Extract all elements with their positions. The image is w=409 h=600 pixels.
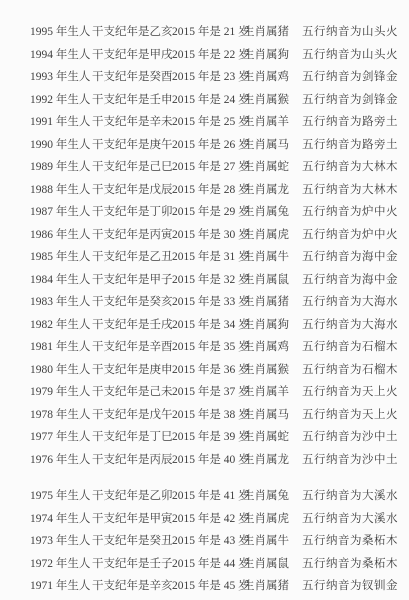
table-row: 1985 年生人 干支纪年是乙丑 2015 年是 31 岁 生肖属牛 五行纳音为…: [0, 245, 409, 268]
zodiac-cell: 生肖属羊: [243, 113, 302, 129]
table-row: 1971 年生人 干支纪年是辛亥 2015 年是 45 岁 生肖属猪 五行纳音为…: [0, 574, 409, 597]
zodiac-cell: 生肖属狗: [243, 46, 302, 62]
table-row: 1991 年生人 干支纪年是辛未 2015 年是 25 岁 生肖属羊 五行纳音为…: [0, 110, 409, 133]
age-2015-cell: 2015 年是 37 岁: [172, 383, 243, 399]
age-2015-cell: 2015 年是 32 岁: [172, 271, 243, 287]
birth-year-cell: 1992 年生人: [30, 91, 92, 107]
nayin-cell: 五行纳音为天上火: [302, 406, 409, 422]
birth-year-cell: 1993 年生人: [30, 68, 92, 84]
ganzhi-year-cell: 干支纪年是壬申: [92, 91, 172, 107]
age-2015-cell: 2015 年是 33 岁: [172, 293, 243, 309]
birth-year-cell: 1980 年生人: [30, 361, 92, 377]
table-row: 1988 年生人 干支纪年是戊辰 2015 年是 28 岁 生肖属龙 五行纳音为…: [0, 178, 409, 201]
zodiac-cell: 生肖属马: [243, 136, 302, 152]
nayin-cell: 五行纳音为天上火: [302, 383, 409, 399]
age-2015-cell: 2015 年是 41 岁: [172, 487, 243, 503]
table-row: 1983 年生人 干支纪年是癸亥 2015 年是 33 岁 生肖属猪 五行纳音为…: [0, 290, 409, 313]
group-gap: [0, 470, 409, 484]
zodiac-cell: 生肖属猪: [243, 23, 302, 39]
nayin-cell: 五行纳音为山头火: [302, 46, 409, 62]
nayin-cell: 五行纳音为路旁土: [302, 113, 409, 129]
ganzhi-year-cell: 干支纪年是甲子: [92, 271, 172, 287]
nayin-cell: 五行纳音为大林木: [302, 181, 409, 197]
table-row: 1994 年生人 干支纪年是甲戌 2015 年是 22 岁 生肖属狗 五行纳音为…: [0, 43, 409, 66]
year-table: 1995 年生人 干支纪年是乙亥 2015 年是 21 岁 生肖属猪 五行纳音为…: [0, 20, 409, 597]
ganzhi-year-cell: 干支纪年是庚申: [92, 361, 172, 377]
nayin-cell: 五行纳音为钗钏金: [302, 577, 409, 593]
zodiac-cell: 生肖属鼠: [243, 271, 302, 287]
age-2015-cell: 2015 年是 30 岁: [172, 226, 243, 242]
birth-year-cell: 1982 年生人: [30, 316, 92, 332]
birth-year-cell: 1979 年生人: [30, 383, 92, 399]
ganzhi-year-cell: 干支纪年是己巳: [92, 158, 172, 174]
birth-year-cell: 1971 年生人: [30, 577, 92, 593]
table-row: 1979 年生人 干支纪年是己未 2015 年是 37 岁 生肖属羊 五行纳音为…: [0, 380, 409, 403]
zodiac-age-table-page: 1995 年生人 干支纪年是乙亥 2015 年是 21 岁 生肖属猪 五行纳音为…: [0, 0, 409, 600]
ganzhi-year-cell: 干支纪年是庚午: [92, 136, 172, 152]
age-2015-cell: 2015 年是 22 岁: [172, 46, 243, 62]
birth-year-cell: 1995 年生人: [30, 23, 92, 39]
zodiac-cell: 生肖属兔: [243, 487, 302, 503]
ganzhi-year-cell: 干支纪年是甲戌: [92, 46, 172, 62]
ganzhi-year-cell: 干支纪年是丁巳: [92, 428, 172, 444]
table-row: 1981 年生人 干支纪年是辛酉 2015 年是 35 岁 生肖属鸡 五行纳音为…: [0, 335, 409, 358]
age-2015-cell: 2015 年是 28 岁: [172, 181, 243, 197]
zodiac-cell: 生肖属鸡: [243, 68, 302, 84]
nayin-cell: 五行纳音为剑锋金: [302, 91, 409, 107]
birth-year-cell: 1973 年生人: [30, 532, 92, 548]
table-row: 1980 年生人 干支纪年是庚申 2015 年是 36 岁 生肖属猴 五行纳音为…: [0, 358, 409, 381]
nayin-cell: 五行纳音为大溪水: [302, 510, 409, 526]
zodiac-cell: 生肖属龙: [243, 181, 302, 197]
birth-year-cell: 1994 年生人: [30, 46, 92, 62]
birth-year-cell: 1975 年生人: [30, 487, 92, 503]
ganzhi-year-cell: 干支纪年是辛未: [92, 113, 172, 129]
table-row: 1984 年生人 干支纪年是甲子 2015 年是 32 岁 生肖属鼠 五行纳音为…: [0, 268, 409, 291]
age-2015-cell: 2015 年是 36 岁: [172, 361, 243, 377]
nayin-cell: 五行纳音为剑锋金: [302, 68, 409, 84]
age-2015-cell: 2015 年是 23 岁: [172, 68, 243, 84]
ganzhi-year-cell: 干支纪年是丁卯: [92, 203, 172, 219]
ganzhi-year-cell: 干支纪年是癸酉: [92, 68, 172, 84]
table-row: 1992 年生人 干支纪年是壬申 2015 年是 24 岁 生肖属猴 五行纳音为…: [0, 88, 409, 111]
ganzhi-year-cell: 干支纪年是戊辰: [92, 181, 172, 197]
age-2015-cell: 2015 年是 26 岁: [172, 136, 243, 152]
nayin-cell: 五行纳音为大海水: [302, 293, 409, 309]
birth-year-cell: 1987 年生人: [30, 203, 92, 219]
birth-year-cell: 1976 年生人: [30, 451, 92, 467]
age-2015-cell: 2015 年是 42 岁: [172, 510, 243, 526]
zodiac-cell: 生肖属猪: [243, 293, 302, 309]
ganzhi-year-cell: 干支纪年是乙丑: [92, 248, 172, 264]
age-2015-cell: 2015 年是 29 岁: [172, 203, 243, 219]
birth-year-cell: 1978 年生人: [30, 406, 92, 422]
table-row: 1982 年生人 干支纪年是壬戌 2015 年是 34 岁 生肖属狗 五行纳音为…: [0, 313, 409, 336]
age-2015-cell: 2015 年是 44 岁: [172, 555, 243, 571]
table-row: 1974 年生人 干支纪年是甲寅 2015 年是 42 岁 生肖属虎 五行纳音为…: [0, 507, 409, 530]
nayin-cell: 五行纳音为桑柘木: [302, 555, 409, 571]
nayin-cell: 五行纳音为沙中土: [302, 428, 409, 444]
ganzhi-year-cell: 干支纪年是丙辰: [92, 451, 172, 467]
table-row: 1977 年生人 干支纪年是丁巳 2015 年是 39 岁 生肖属蛇 五行纳音为…: [0, 425, 409, 448]
nayin-cell: 五行纳音为大海水: [302, 316, 409, 332]
ganzhi-year-cell: 干支纪年是壬子: [92, 555, 172, 571]
ganzhi-year-cell: 干支纪年是乙亥: [92, 23, 172, 39]
zodiac-cell: 生肖属兔: [243, 203, 302, 219]
nayin-cell: 五行纳音为大溪水: [302, 487, 409, 503]
age-2015-cell: 2015 年是 45 岁: [172, 577, 243, 593]
ganzhi-year-cell: 干支纪年是乙卯: [92, 487, 172, 503]
table-row: 1993 年生人 干支纪年是癸酉 2015 年是 23 岁 生肖属鸡 五行纳音为…: [0, 65, 409, 88]
birth-year-cell: 1990 年生人: [30, 136, 92, 152]
zodiac-cell: 生肖属羊: [243, 383, 302, 399]
table-row: 1995 年生人 干支纪年是乙亥 2015 年是 21 岁 生肖属猪 五行纳音为…: [0, 20, 409, 43]
ganzhi-year-cell: 干支纪年是辛酉: [92, 338, 172, 354]
table-row: 1990 年生人 干支纪年是庚午 2015 年是 26 岁 生肖属马 五行纳音为…: [0, 133, 409, 156]
birth-year-cell: 1985 年生人: [30, 248, 92, 264]
birth-year-cell: 1972 年生人: [30, 555, 92, 571]
nayin-cell: 五行纳音为石榴木: [302, 361, 409, 377]
zodiac-cell: 生肖属虎: [243, 226, 302, 242]
zodiac-cell: 生肖属狗: [243, 316, 302, 332]
table-row: 1972 年生人 干支纪年是壬子 2015 年是 44 岁 生肖属鼠 五行纳音为…: [0, 552, 409, 575]
age-2015-cell: 2015 年是 40 岁: [172, 451, 243, 467]
age-2015-cell: 2015 年是 35 岁: [172, 338, 243, 354]
age-2015-cell: 2015 年是 39 岁: [172, 428, 243, 444]
age-2015-cell: 2015 年是 31 岁: [172, 248, 243, 264]
age-2015-cell: 2015 年是 34 岁: [172, 316, 243, 332]
table-row: 1978 年生人 干支纪年是戊午 2015 年是 38 岁 生肖属马 五行纳音为…: [0, 403, 409, 426]
birth-year-cell: 1981 年生人: [30, 338, 92, 354]
nayin-cell: 五行纳音为沙中土: [302, 451, 409, 467]
table-row: 1989 年生人 干支纪年是己巳 2015 年是 27 岁 生肖属蛇 五行纳音为…: [0, 155, 409, 178]
table-row: 1986 年生人 干支纪年是丙寅 2015 年是 30 岁 生肖属虎 五行纳音为…: [0, 223, 409, 246]
zodiac-cell: 生肖属猪: [243, 577, 302, 593]
nayin-cell: 五行纳音为大林木: [302, 158, 409, 174]
ganzhi-year-cell: 干支纪年是癸丑: [92, 532, 172, 548]
age-2015-cell: 2015 年是 38 岁: [172, 406, 243, 422]
age-2015-cell: 2015 年是 25 岁: [172, 113, 243, 129]
nayin-cell: 五行纳音为炉中火: [302, 203, 409, 219]
nayin-cell: 五行纳音为炉中火: [302, 226, 409, 242]
ganzhi-year-cell: 干支纪年是辛亥: [92, 577, 172, 593]
ganzhi-year-cell: 干支纪年是壬戌: [92, 316, 172, 332]
nayin-cell: 五行纳音为石榴木: [302, 338, 409, 354]
ganzhi-year-cell: 干支纪年是己未: [92, 383, 172, 399]
zodiac-cell: 生肖属鸡: [243, 338, 302, 354]
birth-year-cell: 1977 年生人: [30, 428, 92, 444]
birth-year-cell: 1974 年生人: [30, 510, 92, 526]
ganzhi-year-cell: 干支纪年是甲寅: [92, 510, 172, 526]
table-row: 1973 年生人 干支纪年是癸丑 2015 年是 43 岁 生肖属牛 五行纳音为…: [0, 529, 409, 552]
age-2015-cell: 2015 年是 21 岁: [172, 23, 243, 39]
nayin-cell: 五行纳音为路旁土: [302, 136, 409, 152]
birth-year-cell: 1991 年生人: [30, 113, 92, 129]
nayin-cell: 五行纳音为山头火: [302, 23, 409, 39]
birth-year-cell: 1984 年生人: [30, 271, 92, 287]
nayin-cell: 五行纳音为海中金: [302, 248, 409, 264]
zodiac-cell: 生肖属牛: [243, 248, 302, 264]
nayin-cell: 五行纳音为海中金: [302, 271, 409, 287]
ganzhi-year-cell: 干支纪年是癸亥: [92, 293, 172, 309]
zodiac-cell: 生肖属虎: [243, 510, 302, 526]
ganzhi-year-cell: 干支纪年是戊午: [92, 406, 172, 422]
zodiac-cell: 生肖属蛇: [243, 428, 302, 444]
zodiac-cell: 生肖属蛇: [243, 158, 302, 174]
table-row: 1976 年生人 干支纪年是丙辰 2015 年是 40 岁 生肖属龙 五行纳音为…: [0, 448, 409, 471]
table-row: 1975 年生人 干支纪年是乙卯 2015 年是 41 岁 生肖属兔 五行纳音为…: [0, 484, 409, 507]
zodiac-cell: 生肖属猴: [243, 91, 302, 107]
birth-year-cell: 1986 年生人: [30, 226, 92, 242]
ganzhi-year-cell: 干支纪年是丙寅: [92, 226, 172, 242]
age-2015-cell: 2015 年是 24 岁: [172, 91, 243, 107]
nayin-cell: 五行纳音为桑柘木: [302, 532, 409, 548]
age-2015-cell: 2015 年是 27 岁: [172, 158, 243, 174]
zodiac-cell: 生肖属龙: [243, 451, 302, 467]
zodiac-cell: 生肖属马: [243, 406, 302, 422]
zodiac-cell: 生肖属鼠: [243, 555, 302, 571]
birth-year-cell: 1988 年生人: [30, 181, 92, 197]
zodiac-cell: 生肖属牛: [243, 532, 302, 548]
zodiac-cell: 生肖属猴: [243, 361, 302, 377]
birth-year-cell: 1989 年生人: [30, 158, 92, 174]
age-2015-cell: 2015 年是 43 岁: [172, 532, 243, 548]
birth-year-cell: 1983 年生人: [30, 293, 92, 309]
table-row: 1987 年生人 干支纪年是丁卯 2015 年是 29 岁 生肖属兔 五行纳音为…: [0, 200, 409, 223]
